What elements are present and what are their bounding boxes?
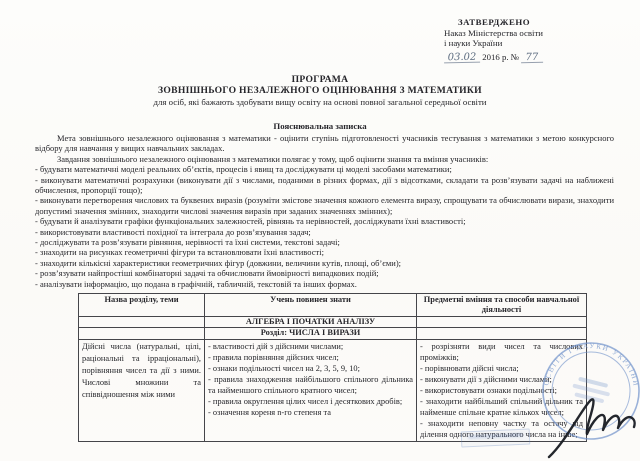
must-know-item: - правила порівняння дійсних чисел; [208, 352, 413, 363]
date-printed-suffix: 2016 р. № [482, 52, 519, 62]
must-know-item: - правила знаходження найбільшого спільн… [208, 374, 413, 396]
must-know-item: - означення кореня n-го степеня та [208, 407, 413, 418]
header-topic: Назва розділу, теми [79, 294, 205, 317]
table-header-row: Назва розділу, теми Учень повинен знати … [79, 294, 587, 317]
bullet-item: - досліджувати та розв’язувати рівняння,… [35, 237, 614, 247]
bullet-item: - розв’язувати найпростіші комбінаторні … [35, 268, 614, 278]
explanatory-note-heading: Пояснювальна записка [0, 121, 640, 131]
empty-cell [417, 316, 587, 327]
handwritten-order-number: 77 [521, 53, 543, 63]
bullet-item: - виконувати перетворення числових та бу… [35, 195, 614, 216]
empty-cell [417, 328, 587, 339]
header-must-know: Учень повинен знати [205, 294, 417, 317]
approval-block: ЗАТВЕРДЖЕНО Наказ Міністерства освіти і … [444, 17, 543, 63]
table-content-row: Дійсні числа (натуральні, цілі, раціонал… [79, 339, 587, 441]
scanned-document-page: ЗАТВЕРДЖЕНО Наказ Міністерства освіти і … [0, 0, 640, 461]
handwritten-signature [543, 384, 640, 461]
program-table: Назва розділу, теми Учень повинен знати … [78, 293, 587, 441]
table-subsection-row: Розділ: ЧИСЛА І ВИРАЗИ [79, 328, 587, 339]
section-title-cell: АЛГЕБРА І ПОЧАТКИ АНАЛІЗУ [205, 316, 417, 327]
must-know-item: - ознаки подільності чисел на 2, 3, 5, 9… [208, 363, 413, 374]
stamp-fragment [461, 429, 531, 448]
title-line-2: ЗОВНІШНЬОГО НЕЗАЛЕЖНОГО ОЦІНЮВАННЯ З МАТ… [0, 85, 640, 96]
stamp-fragment-smudge [468, 433, 523, 439]
approval-order-line: Наказ Міністерства освіти [444, 28, 543, 39]
intro-paragraph-tasks: Завдання зовнішнього незалежного оцінюва… [35, 154, 614, 164]
approval-ministry-line: і науки України [444, 38, 543, 49]
intro-paragraph-goal: Мета зовнішнього незалежного оцінювання … [35, 133, 614, 154]
must-know-cell: - властивості дій з дійсними числами; - … [205, 339, 417, 441]
title-line-1: ПРОГРАМА [0, 74, 640, 85]
table-section-row: АЛГЕБРА І ПОЧАТКИ АНАЛІЗУ [79, 316, 587, 327]
skills-bullet-list: - будувати математичні моделі реальних о… [0, 164, 640, 289]
topic-cell: Дійсні числа (натуральні, цілі, раціонал… [79, 339, 205, 441]
approval-date-line: 03.02 2016 р. № 77 [444, 52, 543, 63]
must-know-item: - властивості дій з дійсними числами; [208, 341, 413, 352]
bullet-item: - аналізувати інформацію, що подана в гр… [35, 279, 614, 289]
header-skills: Предметні вміння та способи навчальної д… [417, 294, 587, 317]
bullet-item: - знаходити на рисунках геометричні фігу… [35, 247, 614, 257]
approval-status: ЗАТВЕРДЖЕНО [458, 17, 543, 28]
bullet-item: - знаходити кількісні характеристики гео… [35, 258, 614, 268]
bullet-item: - використовувати властивості похідної т… [35, 227, 614, 237]
empty-cell [79, 316, 205, 327]
title-subtitle: для осіб, які бажають здобувати вищу осв… [0, 97, 640, 108]
bullet-item: - будувати й аналізувати графіки функціо… [35, 216, 614, 226]
subsection-title-cell: Розділ: ЧИСЛА І ВИРАЗИ [205, 328, 417, 339]
bullet-item: - будувати математичні моделі реальних о… [35, 164, 614, 174]
document-title-block: ПРОГРАМА ЗОВНІШНЬОГО НЕЗАЛЕЖНОГО ОЦІНЮВА… [0, 0, 640, 108]
empty-cell [79, 328, 205, 339]
must-know-item: - правила округлення цілих чисел і десят… [208, 396, 413, 407]
handwritten-date: 03.02 [444, 52, 480, 63]
bullet-item: - виконувати математичні розрахунки (вик… [35, 175, 614, 196]
